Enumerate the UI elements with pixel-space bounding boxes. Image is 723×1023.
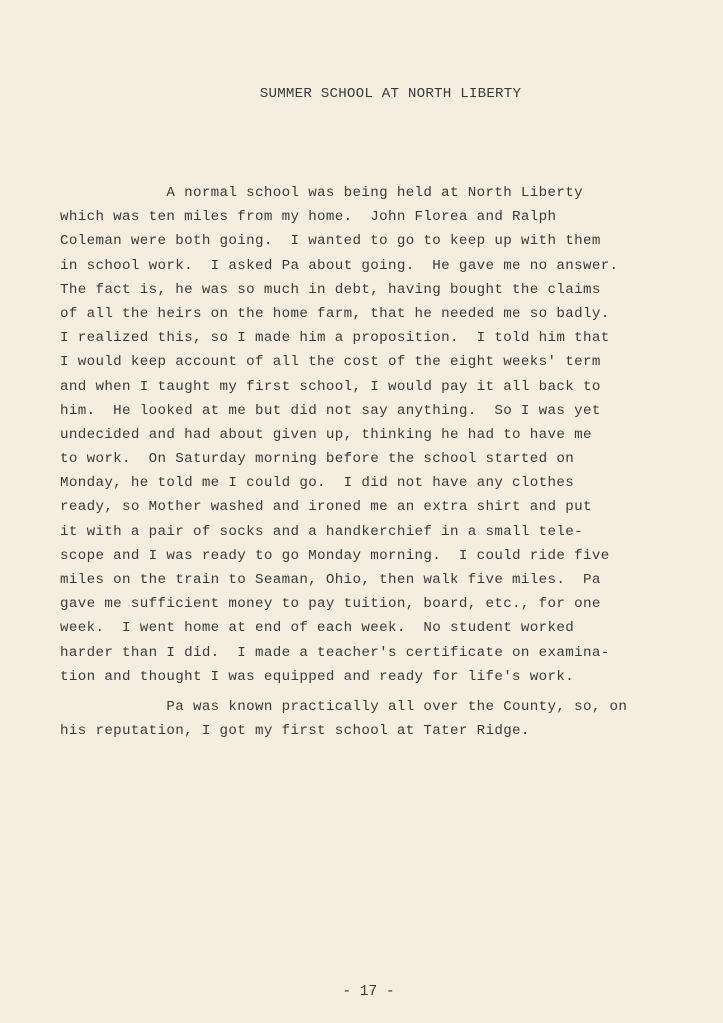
text-line: I realized this, so I made him a proposi… <box>60 326 700 350</box>
text-line: Pa was known practically all over the Co… <box>60 695 700 719</box>
text-line: to work. On Saturday morning before the … <box>60 447 700 471</box>
text-line: harder than I did. I made a teacher's ce… <box>60 641 700 665</box>
text-line: which was ten miles from my home. John F… <box>60 205 700 229</box>
text-line: Coleman were both going. I wanted to go … <box>60 229 700 253</box>
text-line: of all the heirs on the home farm, that … <box>60 302 700 326</box>
text-line: his reputation, I got my first school at… <box>60 719 700 743</box>
text-line: ready, so Mother washed and ironed me an… <box>60 495 700 519</box>
text-line: it with a pair of socks and a handkerchi… <box>60 520 700 544</box>
text-line: week. I went home at end of each week. N… <box>60 616 700 640</box>
text-line: A normal school was being held at North … <box>60 181 700 205</box>
text-line: and when I taught my first school, I wou… <box>60 375 700 399</box>
text-line: gave me sufficient money to pay tuition,… <box>60 592 700 616</box>
text-line: miles on the train to Seaman, Ohio, then… <box>60 568 700 592</box>
text-line: tion and thought I was equipped and read… <box>60 665 700 689</box>
text-line: Monday, he told me I could go. I did not… <box>60 471 700 495</box>
text-line: undecided and had about given up, thinki… <box>60 423 700 447</box>
page-title: SUMMER SCHOOL AT NORTH LIBERTY <box>29 86 723 102</box>
text-line: scope and I was ready to go Monday morni… <box>60 544 700 568</box>
paragraph-1: A normal school was being held at North … <box>60 181 700 689</box>
paragraph-2: Pa was known practically all over the Co… <box>60 695 700 743</box>
text-line: The fact is, he was so much in debt, hav… <box>60 278 700 302</box>
text-line: I would keep account of all the cost of … <box>60 350 700 374</box>
text-line: him. He looked at me but did not say any… <box>60 399 700 423</box>
page-number: - 17 - <box>7 984 723 1000</box>
document-page: SUMMER SCHOOL AT NORTH LIBERTY A normal … <box>0 0 723 1023</box>
body-text: A normal school was being held at North … <box>60 181 700 743</box>
text-line: in school work. I asked Pa about going. … <box>60 254 700 278</box>
